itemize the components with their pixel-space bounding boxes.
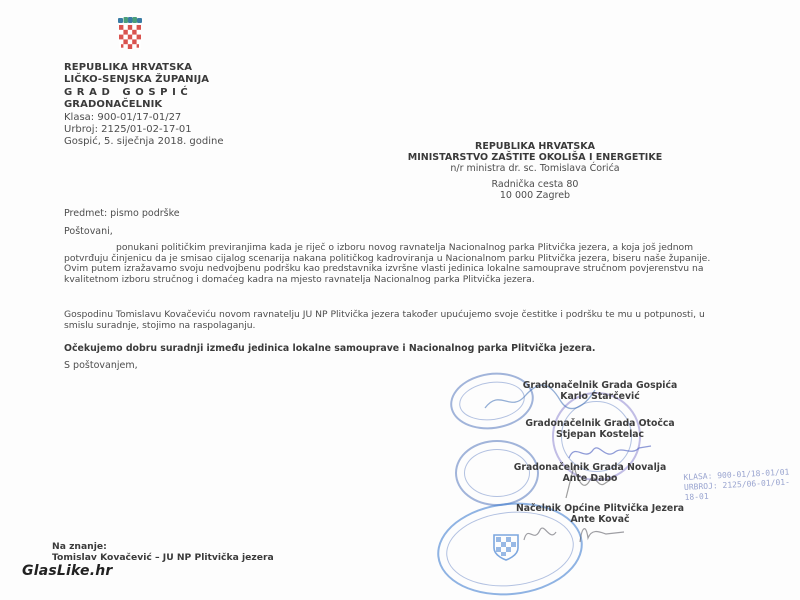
cc-recipient: Tomislav Kovačević – JU NP Plitvička jez… xyxy=(52,552,274,563)
letter-paragraph-2: Gospodinu Tomislavu Kovačeviću novom rav… xyxy=(64,310,724,331)
signatory-4: Načelnik Općine Plitvička Jezera Ante Ko… xyxy=(470,503,730,525)
letter-closing: S poštovanjem, xyxy=(64,360,138,371)
letter-salutation: Poštovani, xyxy=(64,226,113,237)
croatian-coat-of-arms-icon xyxy=(112,17,148,53)
paragraph-1-text: ponukani političkim previranjima kada je… xyxy=(64,242,710,285)
sender-county: LIČKO-SENJSKA ŽUPANIJA xyxy=(64,74,224,86)
recipient-ministry: MINISTARSTVO ZAŠTITE OKOLIŠA I ENERGETIK… xyxy=(370,153,700,164)
stamp-shield-icon xyxy=(491,532,521,562)
recipient-city: 10 000 Zagreb xyxy=(370,191,700,202)
sender-klasa: Klasa: 900-01/17-01/27 xyxy=(64,112,224,124)
recipient-attention: n/r ministra dr. sc. Tomislava Ćorića xyxy=(370,164,700,175)
cc-label: Na znanje: xyxy=(52,541,274,552)
signatory-2: Gradonačelnik Grada Otočca Stjepan Koste… xyxy=(480,418,720,440)
signatory-3: Gradonačelnik Grada Novalja Ante Dabo xyxy=(470,462,710,484)
signatory-name: Karlo Starčević xyxy=(480,391,720,402)
letter-paragraph-1: ponukani političkim previranjima kada je… xyxy=(64,243,724,285)
recipient-block: REPUBLIKA HRVATSKA MINISTARSTVO ZAŠTITE … xyxy=(370,142,700,202)
sender-city: GRAD GOSPIĆ xyxy=(64,87,224,99)
signatory-1: Gradonačelnik Grada Gospića Karlo Starče… xyxy=(480,380,720,402)
signatory-name: Ante Kovač xyxy=(470,514,730,525)
site-watermark: GlasLike.hr xyxy=(22,563,113,579)
signatory-title: Gradonačelnik Grada Gospića xyxy=(480,380,720,391)
sender-office: GRADONAČELNIK xyxy=(64,99,224,111)
signatory-title: Načelnik Općine Plitvička Jezera xyxy=(470,503,730,514)
cc-block: Na znanje: Tomislav Kovačević – JU NP Pl… xyxy=(52,541,274,563)
signatory-name: Stjepan Kostelac xyxy=(480,429,720,440)
letter-paragraph-3: Očekujemo dobru suradnji između jedinica… xyxy=(64,343,744,354)
sender-block: REPUBLIKA HRVATSKA LIČKO-SENJSKA ŽUPANIJ… xyxy=(64,62,224,149)
sender-place-date: Gospić, 5. siječnja 2018. godine xyxy=(64,136,224,148)
signatory-name: Ante Dabo xyxy=(470,473,710,484)
sender-country: REPUBLIKA HRVATSKA xyxy=(64,62,224,74)
signatory-title: Gradonačelnik Grada Novalja xyxy=(470,462,710,473)
sender-urbroj: Urbroj: 2125/01-02-17-01 xyxy=(64,124,224,136)
letter-subject: Predmet: pismo podrške xyxy=(64,208,180,219)
scanned-letter: REPUBLIKA HRVATSKA LIČKO-SENJSKA ŽUPANIJ… xyxy=(0,0,800,600)
signatory-title: Gradonačelnik Grada Otočca xyxy=(480,418,720,429)
